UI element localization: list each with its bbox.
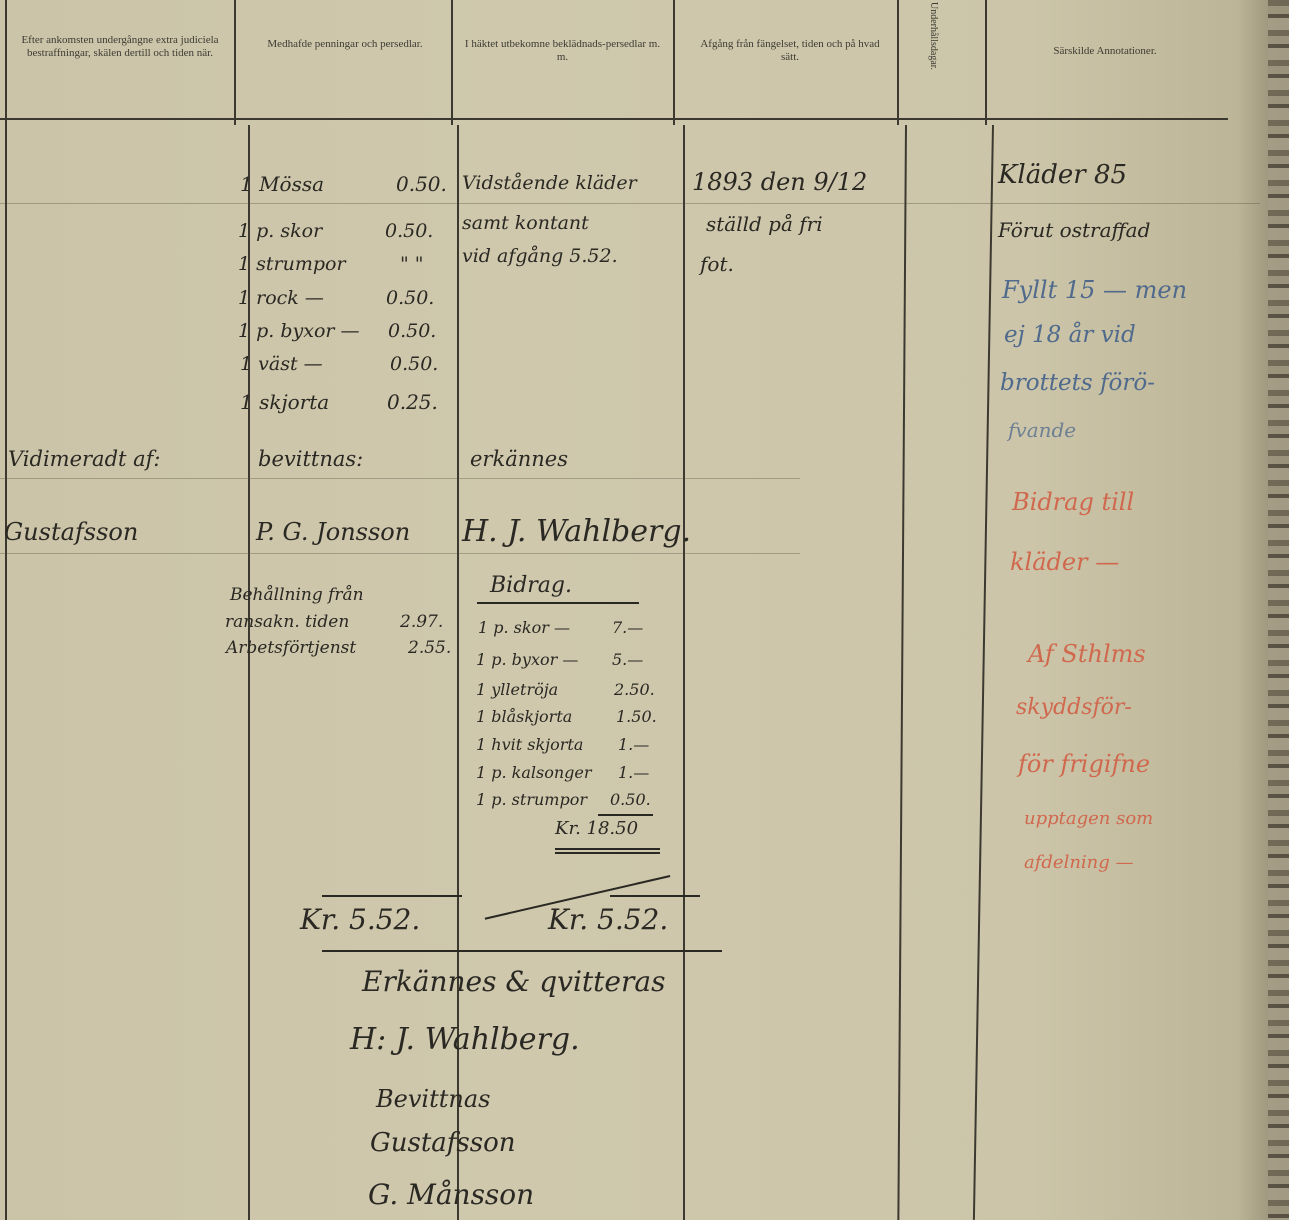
closing-signature-gustafsson: Gustafsson bbox=[370, 1128, 516, 1158]
column-rule bbox=[673, 0, 675, 125]
haktet-total: Kr. 5.52. bbox=[548, 903, 668, 936]
medhafde-item: 1 strumpor bbox=[238, 253, 346, 275]
bidrag-item: 1 p. skor — bbox=[478, 618, 570, 637]
bidrag-item: 1 blåskjorta bbox=[476, 707, 572, 726]
signature-wahlberg: H. J. Wahlberg. bbox=[462, 514, 691, 549]
total-overline bbox=[322, 895, 462, 897]
annotation-red: kläder — bbox=[1010, 548, 1119, 576]
annotation-blue: brottets förö- bbox=[1000, 370, 1155, 396]
ruled-line bbox=[0, 553, 800, 554]
bevittnas-closing: Bevittnas bbox=[376, 1085, 490, 1113]
annotation-red: Af Sthlms bbox=[1028, 640, 1146, 668]
column-rule bbox=[234, 0, 236, 125]
haktet-note-line: vid afgång 5.52. bbox=[462, 245, 618, 267]
annotation-red: skyddsför- bbox=[1016, 695, 1132, 720]
behallning-amount: 2.97. bbox=[400, 612, 443, 632]
header-medhafde: Medhafde penningar och persedlar. bbox=[250, 38, 440, 51]
annotation-red: Bidrag till bbox=[1012, 488, 1134, 516]
medhafde-amount: 0.50. bbox=[390, 353, 438, 375]
annotation-red: afdelning — bbox=[1024, 852, 1134, 873]
bidrag-title: Bidrag. bbox=[490, 573, 572, 598]
header-haktet: I häktet utbekomne beklädnads-persedlar … bbox=[460, 38, 665, 64]
header-afgang: Afgång från fängelset, tiden och på hvad… bbox=[690, 38, 890, 64]
medhafde-amount: 0.50. bbox=[386, 287, 434, 309]
annotation-black: Kläder 85 bbox=[998, 160, 1127, 190]
vidimeradt-label: Vidimeradt af: bbox=[8, 447, 161, 471]
medhafde-item: 1 väst — bbox=[240, 353, 323, 375]
bidrag-amount: 7.— bbox=[612, 618, 643, 637]
medhafde-amount: 0.50. bbox=[385, 220, 433, 242]
annotation-blue: fvande bbox=[1008, 418, 1076, 442]
column-rule bbox=[973, 125, 994, 1220]
header-annotationer: Särskilde Annotationer. bbox=[1000, 45, 1210, 58]
bidrag-item: 1 p. strumpor bbox=[476, 790, 587, 809]
erkannes-qvitteras: Erkännes & qvitteras bbox=[362, 965, 665, 998]
bidrag-item: 1 hvit skjorta bbox=[476, 735, 583, 754]
column-rule bbox=[897, 125, 906, 1220]
bidrag-amount: 1.— bbox=[618, 735, 649, 754]
closing-signature-mansson: G. Månsson bbox=[368, 1178, 534, 1211]
bidrag-item: 1 ylletröja bbox=[476, 680, 558, 699]
bevittnas-label: bevittnas: bbox=[258, 447, 363, 471]
medhafde-item: 1 rock — bbox=[238, 287, 324, 309]
bidrag-total: Kr. 18.50 bbox=[555, 818, 638, 839]
medhafde-amount: 0.50. bbox=[396, 172, 447, 196]
behallning-amount: 2.55. bbox=[408, 638, 451, 658]
annotation-red: för frigifne bbox=[1018, 750, 1150, 778]
bidrag-amount: 2.50. bbox=[614, 680, 655, 699]
medhafde-amount: 0.25. bbox=[387, 390, 438, 414]
medhafde-amount: " " bbox=[400, 253, 424, 275]
column-rule bbox=[5, 0, 7, 1220]
afgang-line: 1893 den 9/12 bbox=[692, 168, 867, 196]
medhafde-item: 1 p. byxor — bbox=[238, 320, 360, 342]
medhafde-amount: 0.50. bbox=[388, 320, 436, 342]
bidrag-sum-line bbox=[598, 814, 653, 816]
erkannes-label: erkännes bbox=[470, 447, 568, 471]
ruled-line bbox=[0, 203, 1260, 204]
signature-jonsson: P. G. Jonsson bbox=[256, 518, 410, 546]
medhafde-total: Kr. 5.52. bbox=[300, 903, 420, 936]
column-rule bbox=[683, 125, 685, 1220]
behallning-line: Arbetsförtjenst bbox=[226, 638, 356, 658]
closing-signature-wahlberg: H: J. Wahlberg. bbox=[350, 1022, 580, 1057]
haktet-note-line: samt kontant bbox=[462, 212, 589, 234]
afgang-line: ställd på fri bbox=[706, 212, 823, 236]
book-binding bbox=[1268, 0, 1289, 1220]
header-underhallsdagar: Underhållsdagar. bbox=[928, 2, 939, 70]
bidrag-double-line bbox=[555, 848, 660, 850]
bidrag-double-line bbox=[555, 852, 660, 854]
header-rule bbox=[0, 118, 1228, 120]
bidrag-amount: 5.— bbox=[612, 650, 643, 669]
annotation-blue: Fyllt 15 — men bbox=[1002, 276, 1187, 304]
medhafde-item: 1 p. skor bbox=[238, 220, 322, 242]
medhafde-item: 1 skjorta bbox=[240, 390, 329, 414]
bidrag-amount: 1.50. bbox=[616, 707, 657, 726]
annotation-black: Förut ostraffad bbox=[998, 218, 1150, 242]
header-extra-judiciela: Efter ankomsten undergångne extra judici… bbox=[15, 34, 225, 60]
column-rule bbox=[897, 0, 899, 125]
bidrag-item: 1 p. byxor — bbox=[476, 650, 578, 669]
annotation-blue: ej 18 år vid bbox=[1004, 322, 1136, 348]
totals-underline bbox=[322, 950, 722, 952]
medhafde-item: 1 Mössa bbox=[240, 172, 324, 196]
signature-gustafsson: Gustafsson bbox=[4, 518, 138, 546]
afgang-line: fot. bbox=[700, 252, 734, 276]
annotation-red: upptagen som bbox=[1024, 808, 1153, 829]
ledger-page: Efter ankomsten undergångne extra judici… bbox=[0, 0, 1289, 1220]
ruled-line bbox=[0, 478, 800, 479]
bidrag-amount: 0.50. bbox=[610, 790, 651, 809]
total-overline bbox=[610, 895, 700, 897]
behallning-line: ransakn. tiden bbox=[225, 612, 349, 632]
haktet-note-line: Vidstående kläder bbox=[462, 172, 637, 194]
bidrag-item: 1 p. kalsonger bbox=[476, 763, 592, 782]
bidrag-amount: 1.— bbox=[618, 763, 649, 782]
behallning-line: Behållning från bbox=[230, 585, 364, 605]
column-rule bbox=[985, 0, 987, 125]
column-rule bbox=[451, 0, 453, 125]
bidrag-underline bbox=[477, 602, 639, 604]
